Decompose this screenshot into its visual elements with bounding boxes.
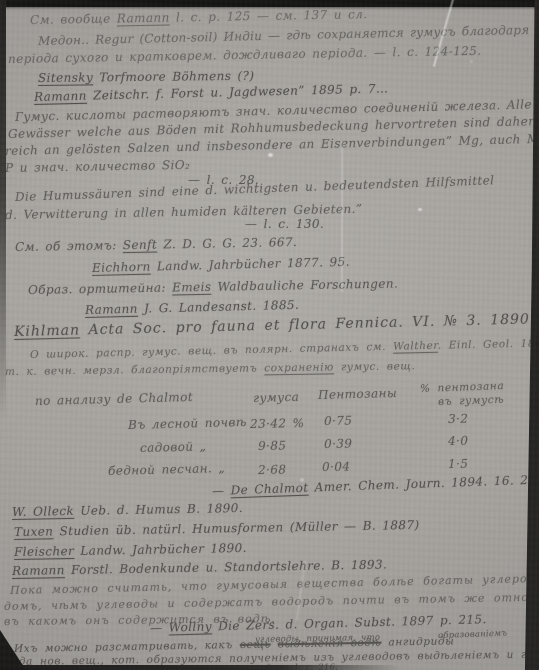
bib-text: Torfmoore Böhmens (?) <box>93 69 254 85</box>
table-header-pentosans: Пентозаны <box>318 386 397 402</box>
table-cell: 3·2 <box>448 412 469 426</box>
note-text: l. c. p. 125 — см. 137 и сл. <box>170 7 368 24</box>
value-percent: 3·2 <box>448 412 469 426</box>
column-header: въ гумусѣ <box>438 394 505 408</box>
author-sitensky: Sitensky <box>38 70 93 85</box>
value-humus: 9·85 <box>258 439 287 453</box>
note-line-see-ramann: См. вообще Ramann l. c. p. 125 — см. 137… <box>30 7 368 27</box>
manuscript-photo-page: См. вообще Ramann l. c. p. 125 — см. 137… <box>0 0 539 670</box>
value-pentosans: 0·39 <box>324 437 353 451</box>
table-cell: 9·85 <box>258 439 287 453</box>
bib-entry-emeis: Образ. ортштейна: Emeis Waldbauliche For… <box>28 277 398 297</box>
table-cell: 2·68 <box>258 463 287 477</box>
photo-speck <box>268 153 273 157</box>
table-header-pct-2: въ гумусѣ <box>438 394 505 408</box>
value-humus: 2·68 <box>258 463 287 477</box>
author-walther: Walther <box>393 340 438 353</box>
value-pentosans: 0·75 <box>324 414 353 428</box>
citation-text: — <box>212 483 231 498</box>
bib-entry-ramann-bodenkunde: Ramann Forstl. Bodenkunde u. Standortsle… <box>12 557 387 578</box>
row-label-garden-soil: садовой „ <box>140 439 207 455</box>
table-row-label: Въ лесной почвѣ <box>128 415 247 432</box>
value-percent: 4·0 <box>448 434 469 448</box>
bib-entry-senft: См. об этомъ: Senft Z. D. G. G. 23. 667. <box>15 235 297 254</box>
note-text: т. к. вечн. мерзл. благопріятствуетъ <box>5 362 264 378</box>
citation-text: — l. c. 130. <box>245 217 324 231</box>
photo-speck <box>418 208 422 211</box>
struck-text: вещь <box>240 639 271 652</box>
table-caption: по анализу de Chalmot <box>35 390 193 408</box>
photo-scratch <box>341 142 343 292</box>
value-percent: 1·5 <box>448 457 469 471</box>
author-de-chalmot: De Chalmot <box>230 481 308 498</box>
bib-text: Landw. Jahrbücher 1890. <box>74 541 247 558</box>
author-ramann: Ramann <box>12 563 65 578</box>
author-ramann: Ramann <box>34 89 87 104</box>
column-header: гумуса <box>253 390 300 405</box>
note-text: См. вообще <box>30 11 117 27</box>
table-cell: 0·75 <box>324 414 353 428</box>
table-header-humus: гумуса <box>253 390 300 405</box>
bib-entry-tuxen: Tuxen Studien üb. natürl. Humusformen (M… <box>14 518 420 539</box>
note-text: гумус. вещ. <box>334 360 416 373</box>
struck-text: выдѣленія водѣ <box>278 637 382 651</box>
note-text: . Einl. Geol. 1894. p 74 и сл. <box>438 335 539 351</box>
bib-entry-sitensky: Sitensky Torfmoore Böhmens (?) <box>38 69 255 85</box>
note-text: О широк. распр. гумус. вещ. въ полярн. с… <box>30 341 393 361</box>
bib-entry-eichhorn: Eichhorn Landw. Jahrbücher 1877. 95. <box>92 255 350 275</box>
value-pentosans: 0·04 <box>322 460 351 474</box>
author-ramann: Ramann <box>85 302 138 317</box>
note-emphasis: сохраненію <box>264 361 334 374</box>
photo-speck <box>470 60 473 63</box>
column-header: Пентозаны <box>318 386 397 402</box>
value-humus: 23·42 % <box>250 416 305 431</box>
note-text: ангидриды <box>381 635 454 648</box>
para-humus-acids-4: P и знач. количество SiO₂ <box>5 158 191 175</box>
table-row-label: бедной песчан. „ <box>108 461 225 478</box>
citation-text: — <box>150 621 169 635</box>
note-text: соединенія постоянно имѣютъ, часто отним… <box>8 663 338 670</box>
row-label-poor-sandy-soil: бедной песчан. „ <box>108 461 225 478</box>
author-fleischer: Fleischer <box>14 544 74 559</box>
author-ramann: Ramann <box>117 11 170 26</box>
bib-text: Z. D. G. G. 23. 667. <box>157 235 297 251</box>
citation-text: Amer. Chem. Journ. 1894. 16. 229. <box>308 472 539 494</box>
bib-text: Zeitschr. f. Forst u. Jagdwesen” 1895 p.… <box>87 81 389 102</box>
column-header: % пентозана <box>420 380 505 395</box>
bib-text: См. об этомъ: <box>15 238 123 254</box>
table-cell: 0·04 <box>322 460 351 474</box>
bib-entry-ramann-landesanst: Ramann J. G. Landesanst. 1885. <box>85 298 299 317</box>
author-olleck: W. Olleck <box>12 504 74 519</box>
author-senft: Senft <box>123 238 158 253</box>
bib-text: Forstl. Bodenkunde u. Standortslehre. B.… <box>65 557 388 577</box>
citation-lc130: — l. c. 130. <box>245 217 324 231</box>
bib-entry-ramann-zeitschr: Ramann Zeitschr. f. Forst u. Jagdwesen” … <box>34 81 389 104</box>
note-polar-regions-2: т. к. вечн. мерзл. благопріятствуетъ сох… <box>5 360 416 378</box>
author-emeis: Emeis <box>172 280 211 295</box>
table-cell: 23·42 % <box>250 416 305 431</box>
para-anhydrides-3: соединенія постоянно имѣютъ, часто отним… <box>8 663 338 670</box>
bib-text: J. G. Landesanst. 1885. <box>138 298 300 316</box>
row-label-forest-soil: Въ лесной почвѣ <box>128 415 247 432</box>
bib-entry-fleischer: Fleischer Landw. Jahrbücher 1890. <box>14 541 247 559</box>
author-tuxen: Tuxen <box>14 524 54 539</box>
note-polar-regions-1: О широк. распр. гумус. вещ. въ полярн. с… <box>30 335 539 361</box>
author-wollny: Wollny <box>168 619 212 634</box>
photo-edge-top <box>0 0 539 7</box>
table-cell: 1·5 <box>448 457 469 471</box>
note-text: P и знач. количество SiO₂ <box>5 158 191 175</box>
table-row-label: садовой „ <box>140 439 207 455</box>
bib-entry-olleck: W. Olleck Ueb. d. Humus B. 1890. <box>12 501 243 519</box>
bib-text: Образ. ортштейна: <box>28 280 172 297</box>
bib-text: Studien üb. natürl. Humusformen (Müller … <box>53 518 419 538</box>
author-eichhorn: Eichhorn <box>92 260 151 275</box>
bib-text: Landw. Jahrbücher 1877. 95. <box>150 255 350 274</box>
table-cell: 0·39 <box>324 437 353 451</box>
table-cell: 4·0 <box>448 434 469 448</box>
table-header-pct-1: % пентозана <box>420 380 505 395</box>
table-caption-text: по анализу de Chalmot <box>35 390 193 408</box>
bib-text: Waldbauliche Forschungen. <box>211 277 398 294</box>
author-kihlman: Kihlman <box>14 322 80 340</box>
bib-text: Ueb. d. Humus B. 1890. <box>74 501 243 518</box>
